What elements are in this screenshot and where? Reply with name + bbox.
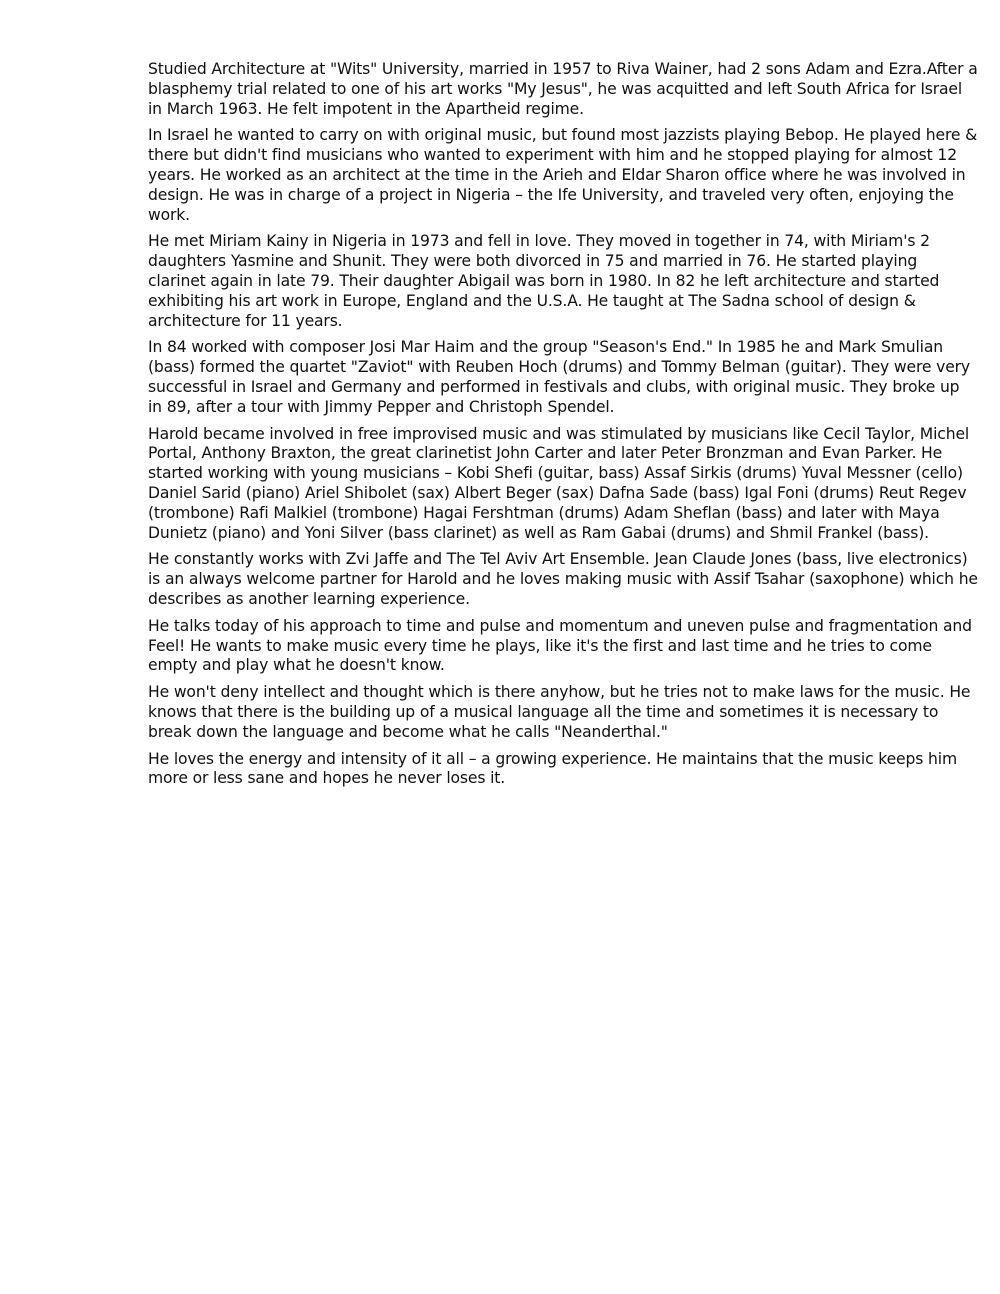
paragraph-zaviot-quartet: In 84 worked with composer Josi Mar Haim… [148, 338, 978, 417]
paragraph-approach: He talks today of his approach to time a… [148, 617, 978, 676]
biography-text: Studied Architecture at "Wits" Universit… [148, 60, 978, 796]
paragraph-family-art: He met Miriam Kainy in Nigeria in 1973 a… [148, 232, 978, 331]
paragraph-collaborators: He constantly works with Zvi Jaffe and T… [148, 550, 978, 609]
paragraph-free-improvisation: Harold became involved in free improvise… [148, 425, 978, 544]
paragraph-intellect: He won't deny intellect and thought whic… [148, 683, 978, 742]
paragraph-education-emigration: Studied Architecture at "Wits" Universit… [148, 60, 978, 119]
paragraph-closing: He loves the energy and intensity of it … [148, 750, 978, 790]
paragraph-israel-architecture: In Israel he wanted to carry on with ori… [148, 126, 978, 225]
